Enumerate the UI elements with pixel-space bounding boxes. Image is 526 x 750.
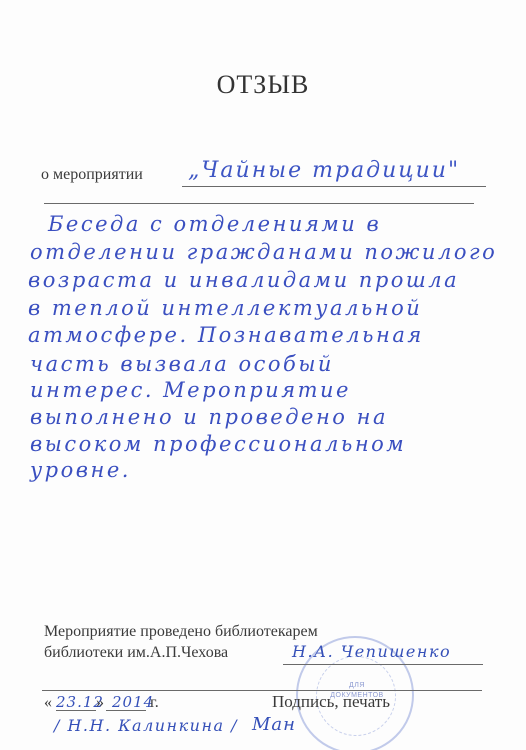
signature-seal-label: Подпись, печать: [272, 692, 390, 712]
event-name-handwritten: „Чайные традиции": [188, 158, 460, 183]
document-title: ОТЗЫВ: [0, 70, 526, 100]
body-line-8: выполнено и проведено на: [30, 405, 388, 429]
body-line-7: интерес. Мероприятие: [30, 378, 351, 402]
librarian-signature-line: [283, 664, 483, 665]
body-line-6: часть вызвала особый: [30, 352, 334, 376]
date-day-underline: [56, 710, 96, 711]
library-label: библиотеки им.А.П.Чехова: [44, 644, 228, 662]
date-year-suffix: г.: [150, 694, 159, 712]
footer-separator-line: [42, 690, 482, 691]
date-year-handwritten: 2014: [112, 693, 154, 711]
stamp-text-line1: ДЛЯ: [298, 682, 416, 689]
body-line-10: уровне.: [30, 458, 131, 482]
event-prefix-label: о мероприятии: [41, 166, 143, 184]
conducted-by-label: Мероприятие проведено библиотекарем: [44, 623, 318, 641]
librarian-signature-handwritten: Н.А. Чепишенко: [292, 642, 451, 661]
body-line-9: высоком профессиональном: [30, 432, 406, 456]
date-open-quote: «: [44, 694, 52, 712]
body-line-4: в теплой интеллектуальной: [28, 296, 422, 320]
date-close-quote: »: [96, 694, 104, 712]
feedback-document-page: ОТЗЫВ о мероприятии „Чайные традиции" Бе…: [0, 0, 526, 750]
body-line-2: отделении гражданами пожилого: [30, 240, 497, 264]
date-year-underline: [106, 710, 146, 711]
event-blank-line: [44, 203, 474, 204]
event-name-underline: [182, 186, 486, 187]
reviewer-signature-handwritten: Ман: [252, 714, 296, 735]
body-line-3: возраста и инвалидами прошла: [28, 268, 459, 292]
reviewer-name-handwritten: / Н.Н. Калинкина /: [54, 716, 238, 735]
body-line-5: атмосфере. Познавательная: [28, 323, 424, 347]
body-line-1: Беседа с отделениями в: [48, 212, 381, 236]
